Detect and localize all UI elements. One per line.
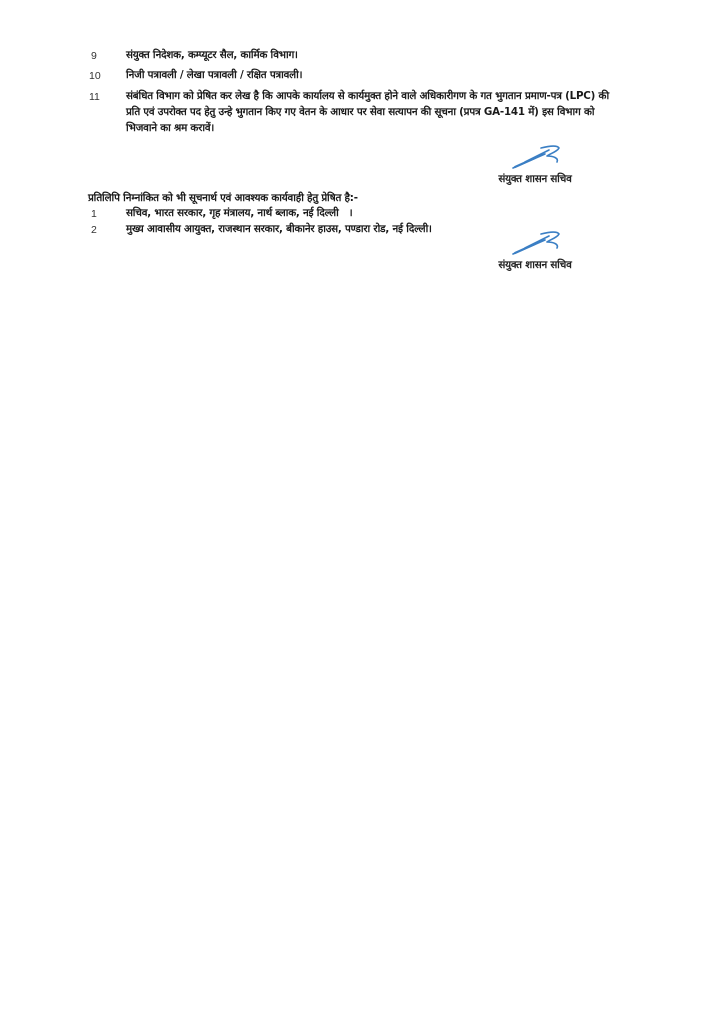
signature-title: संयुक्त शासन सचिव	[480, 172, 590, 186]
list-item-text-line: प्रति एवं उपरोक्त पद हेतु उन्हे भुगतान क…	[126, 105, 594, 121]
list-item-text: निजी पत्रावली / लेखा पत्रावली / रक्षित प…	[126, 68, 302, 84]
signature-block: संयुक्त शासन सचिव	[480, 228, 590, 272]
signature-block: संयुक्त शासन सचिव	[480, 142, 590, 186]
list-item-number: 11	[89, 90, 100, 104]
copy-item-number: 2	[91, 223, 97, 237]
signature-title: संयुक्त शासन सचिव	[480, 258, 590, 272]
list-item-text-line: भिजवाने का श्रम करावें।	[126, 121, 214, 137]
document-page: 9 संयुक्त निदेशक, कम्प्यूटर सैल, कार्मिक…	[0, 0, 728, 1024]
copy-heading: प्रतिलिपि निम्नांकित को भी सूचनार्थ एवं …	[88, 191, 358, 205]
copy-item-number: 1	[91, 207, 97, 221]
list-item-text: संयुक्त निदेशक, कम्प्यूटर सैल, कार्मिक व…	[126, 48, 298, 64]
list-item-number: 9	[91, 49, 97, 63]
copy-item-text: सचिव, भारत सरकार, गृह मंत्रालय, नार्थ ब्…	[126, 206, 352, 222]
signature-icon	[505, 142, 565, 172]
list-item-text-line: संबंधित विभाग को प्रेषित कर लेख है कि आप…	[126, 89, 609, 105]
signature-icon	[505, 228, 565, 258]
copy-item-text: मुख्य आवासीय आयुक्त, राजस्थान सरकार, बीक…	[126, 222, 432, 238]
list-item-number: 10	[89, 69, 101, 83]
